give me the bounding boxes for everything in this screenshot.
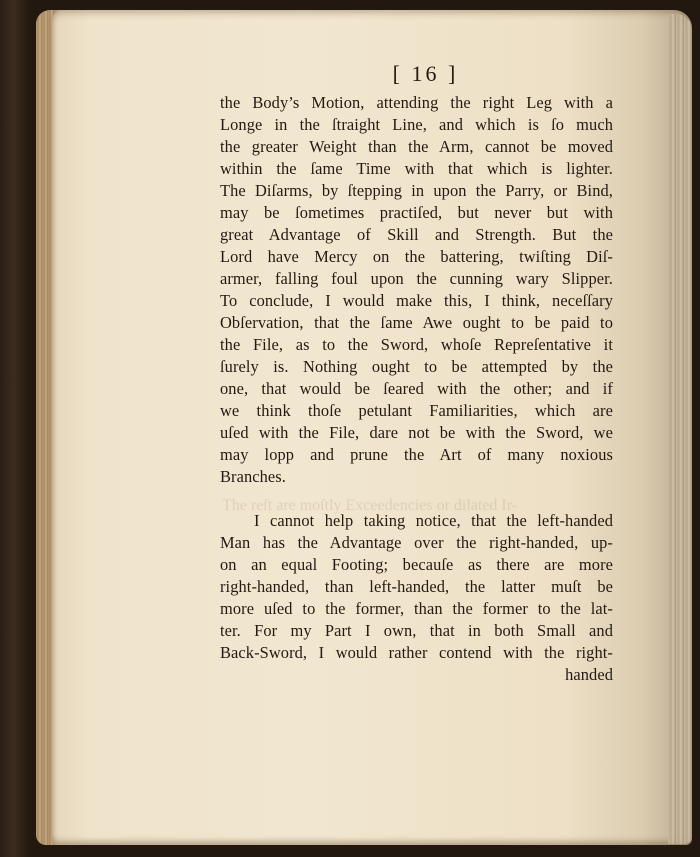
text-line: Branches. — [220, 466, 613, 488]
paragraph-2: I cannot help taking notice, that the le… — [220, 510, 613, 664]
text-line: Obſervation, that the ſame Awe ought to … — [220, 312, 613, 334]
text-line: the greater Weight than the Arm, cannot … — [220, 136, 613, 158]
text-line: within the ſame Time with that which is … — [220, 158, 613, 180]
text-line: more uſed to the former, than the former… — [220, 598, 613, 620]
book-page-edges-right — [668, 14, 692, 844]
catchword: handed — [220, 664, 613, 686]
text-line: Man has the Advantage over the right-han… — [220, 532, 613, 554]
text-line: the File, as to the Sword, whoſe Repreſe… — [220, 334, 613, 356]
text-line: right-handed, than left-handed, the latt… — [220, 576, 613, 598]
text-line: uſed with the File, dare not be with the… — [220, 422, 613, 444]
text-line: great Advantage of Skill and Strength. B… — [220, 224, 613, 246]
page-text: [ 16 ] the Body’s Motion, attending the … — [220, 58, 613, 686]
paragraph-1: the Body’s Motion, attending the right L… — [220, 92, 613, 488]
text-line: the Body’s Motion, attending the right L… — [220, 92, 613, 114]
text-line: Longe in the ſtraight Line, and which is… — [220, 114, 613, 136]
text-line: on an equal Footing; becauſe as there ar… — [220, 554, 613, 576]
text-line: The Diſarms, by ſtepping in upon the Par… — [220, 180, 613, 202]
text-line: may lopp and prune the Art of many noxio… — [220, 444, 613, 466]
page-number: [ 16 ] — [238, 58, 613, 90]
text-line: armer, falling foul upon the cunning war… — [220, 268, 613, 290]
text-line: I cannot help taking notice, that the le… — [220, 510, 613, 532]
text-line: ter. For my Part I own, that in both Sma… — [220, 620, 613, 642]
text-line: we think thoſe petulant Familiarities, w… — [220, 400, 613, 422]
text-line: ſurely is. Nothing ought to be attempted… — [220, 356, 613, 378]
paragraph-gap — [220, 488, 613, 510]
text-line: one, that would be ſeared with the other… — [220, 378, 613, 400]
text-line: To conclude, I would make this, I think,… — [220, 290, 613, 312]
text-line: may be ſometimes practiſed, but never bu… — [220, 202, 613, 224]
text-line: Back-Sword, I would rather contend with … — [220, 642, 613, 664]
text-line: Lord have Mercy on the battering, twiſti… — [220, 246, 613, 268]
